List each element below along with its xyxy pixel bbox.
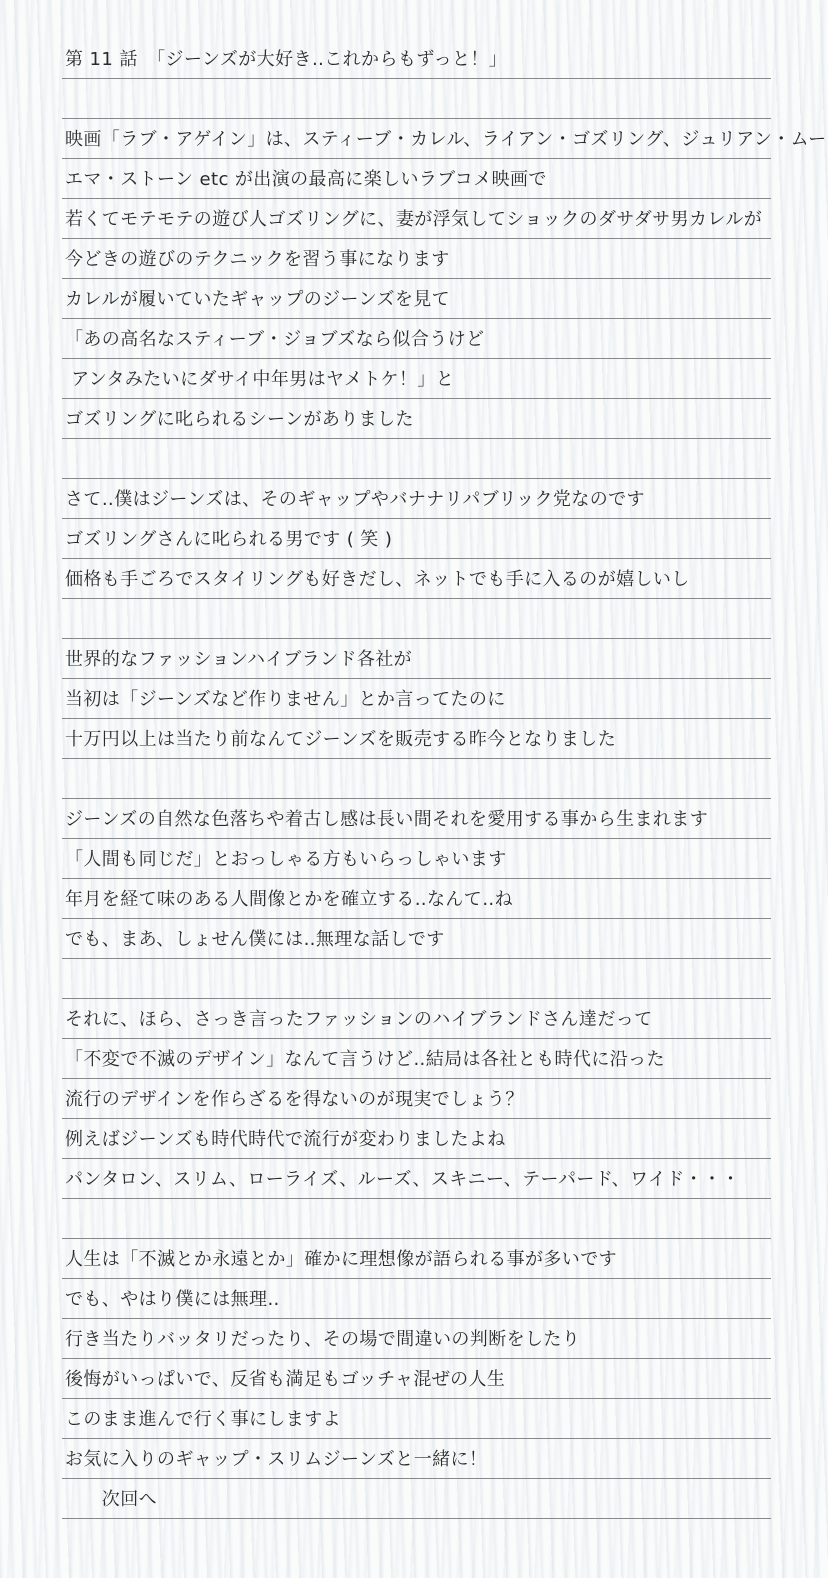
- text-line: でも、まあ、しょせん僕には‥無理な話しです: [62, 919, 771, 959]
- spacer-line: [62, 79, 771, 119]
- text-line: ゴズリングさんに叱られる男です ( 笑 ): [62, 519, 771, 559]
- text-line: さて‥僕はジーンズは、そのギャップやバナナリパブリック党なのです: [62, 479, 771, 519]
- text-line: 今どきの遊びのテクニックを習う事になります: [62, 239, 771, 279]
- text-line: 次回へ: [62, 1479, 771, 1519]
- text-line: 年月を経て味のある人間像とかを確立する‥なんて‥ね: [62, 879, 771, 919]
- text-line: カレルが履いていたギャップのジーンズを見て: [62, 279, 771, 319]
- text-line: 行き当たりバッタリだったり、その場で間違いの判断をしたり: [62, 1319, 771, 1359]
- spacer-line: [62, 439, 771, 479]
- text-line: 例えばジーンズも時代時代で流行が変わりましたよね: [62, 1119, 771, 1159]
- spacer-line: [62, 959, 771, 999]
- episode-title-line: 第 11 話 「ジーンズが大好き‥これからもずっと！」: [62, 39, 771, 79]
- text-line: 流行のデザインを作らざるを得ないのが現実でしょう？: [62, 1079, 771, 1119]
- text-line: 若くてモテモテの遊び人ゴズリングに、妻が浮気してショックのダサダサ男カレルが: [62, 199, 771, 239]
- text-line: 「あの高名なスティーブ・ジョブズなら似合うけど: [62, 319, 771, 359]
- text-line: ジーンズの自然な色落ちや着古し感は長い間それを愛用する事から生まれます: [62, 799, 771, 839]
- text-line: エマ・ストーン etc が出演の最高に楽しいラブコメ映画で: [62, 159, 771, 199]
- text-line: パンタロン、スリム、ローライズ、ルーズ、スキニー、テーパード、ワイド・・・: [62, 1159, 771, 1199]
- spacer-line: [62, 759, 771, 799]
- text-line: それに、ほら、さっき言ったファッションのハイブランドさん達だって: [62, 999, 771, 1039]
- text-line: このまま進んで行く事にしますよ: [62, 1399, 771, 1439]
- text-line: アンタみたいにダサイ中年男はヤメトケ！」と: [62, 359, 771, 399]
- text-line: 十万円以上は当たり前なんてジーンズを販売する昨今となりました: [62, 719, 771, 759]
- text-line: 人生は「不滅とか永遠とか」確かに理想像が語られる事が多いです: [62, 1239, 771, 1279]
- text-line: 「不変で不滅のデザイン」なんて言うけど‥結局は各社とも時代に沿った: [62, 1039, 771, 1079]
- spacer-line: [62, 599, 771, 639]
- spacer-line: [62, 1199, 771, 1239]
- text-line: 映画「ラブ・アゲイン」は、スティーブ・カレル、ライアン・ゴズリング、ジュリアン・…: [62, 119, 771, 159]
- text-line: 後悔がいっぱいで、反省も満足もゴッチャ混ぜの人生: [62, 1359, 771, 1399]
- text-line: 「人間も同じだ」とおっしゃる方もいらっしゃいます: [62, 839, 771, 879]
- text-line: ゴズリングに叱られるシーンがありました: [62, 399, 771, 439]
- text-line: でも、やはり僕には無理‥: [62, 1279, 771, 1319]
- post-body: 第 11 話 「ジーンズが大好き‥これからもずっと！」 映画「ラブ・アゲイン」は…: [0, 0, 828, 1519]
- text-line: 価格も手ごろでスタイリングも好きだし、ネットでも手に入るのが嬉しいし: [62, 559, 771, 599]
- text-line: 当初は「ジーンズなど作りません」とか言ってたのに: [62, 679, 771, 719]
- text-line: 世界的なファッションハイブランド各社が: [62, 639, 771, 679]
- text-line: お気に入りのギャップ・スリムジーンズと一緒に！: [62, 1439, 771, 1479]
